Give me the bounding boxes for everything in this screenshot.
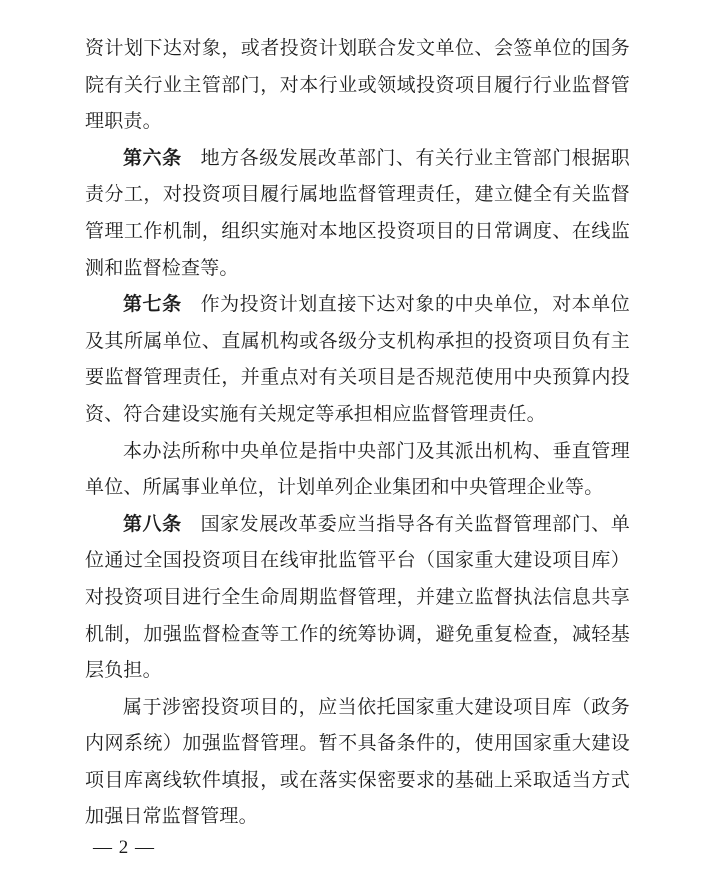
central-unit-definition-paragraph: 本办法所称中央单位是指中央部门及其派出机构、垂直管理单位、所属事业单位，计划单列… xyxy=(85,434,630,507)
document-body: 资计划下达对象，或者投资计划联合发文单位、会签单位的国务院有关行业主管部门，对本… xyxy=(85,31,630,836)
classified-projects-paragraph: 属于涉密投资项目的，应当依托国家重大建设项目库（政务内网系统）加强监督管理。暂不… xyxy=(85,690,630,836)
article-7-paragraph: 第七条作为投资计划直接下达对象的中央单位，对本单位及其所属单位、直属机构或各级分… xyxy=(85,287,630,433)
paragraph-continuation: 资计划下达对象，或者投资计划联合发文单位、会签单位的国务院有关行业主管部门，对本… xyxy=(85,31,630,141)
paragraph-text: 本办法所称中央单位是指中央部门及其派出机构、垂直管理单位、所属事业单位，计划单列… xyxy=(85,441,630,499)
paragraph-text: 属于涉密投资项目的，应当依托国家重大建设项目库（政务内网系统）加强监督管理。暂不… xyxy=(85,697,630,828)
paragraph-text: 资计划下达对象，或者投资计划联合发文单位、会签单位的国务院有关行业主管部门，对本… xyxy=(85,38,630,132)
article-7-label: 第七条 xyxy=(123,294,182,315)
paragraph-text: 国家发展改革委应当指导各有关监督管理部门、单位通过全国投资项目在线审批监管平台（… xyxy=(85,514,630,681)
document-page: { "document": { "colors": { "text": "#1c… xyxy=(0,0,713,882)
article-6-label: 第六条 xyxy=(123,148,182,169)
page-number: — 2 — xyxy=(93,836,155,860)
article-8-paragraph: 第八条国家发展改革委应当指导各有关监督管理部门、单位通过全国投资项目在线审批监管… xyxy=(85,507,630,690)
article-8-label: 第八条 xyxy=(123,514,182,535)
article-6-paragraph: 第六条地方各级发展改革部门、有关行业主管部门根据职责分工，对投资项目履行属地监督… xyxy=(85,141,630,287)
